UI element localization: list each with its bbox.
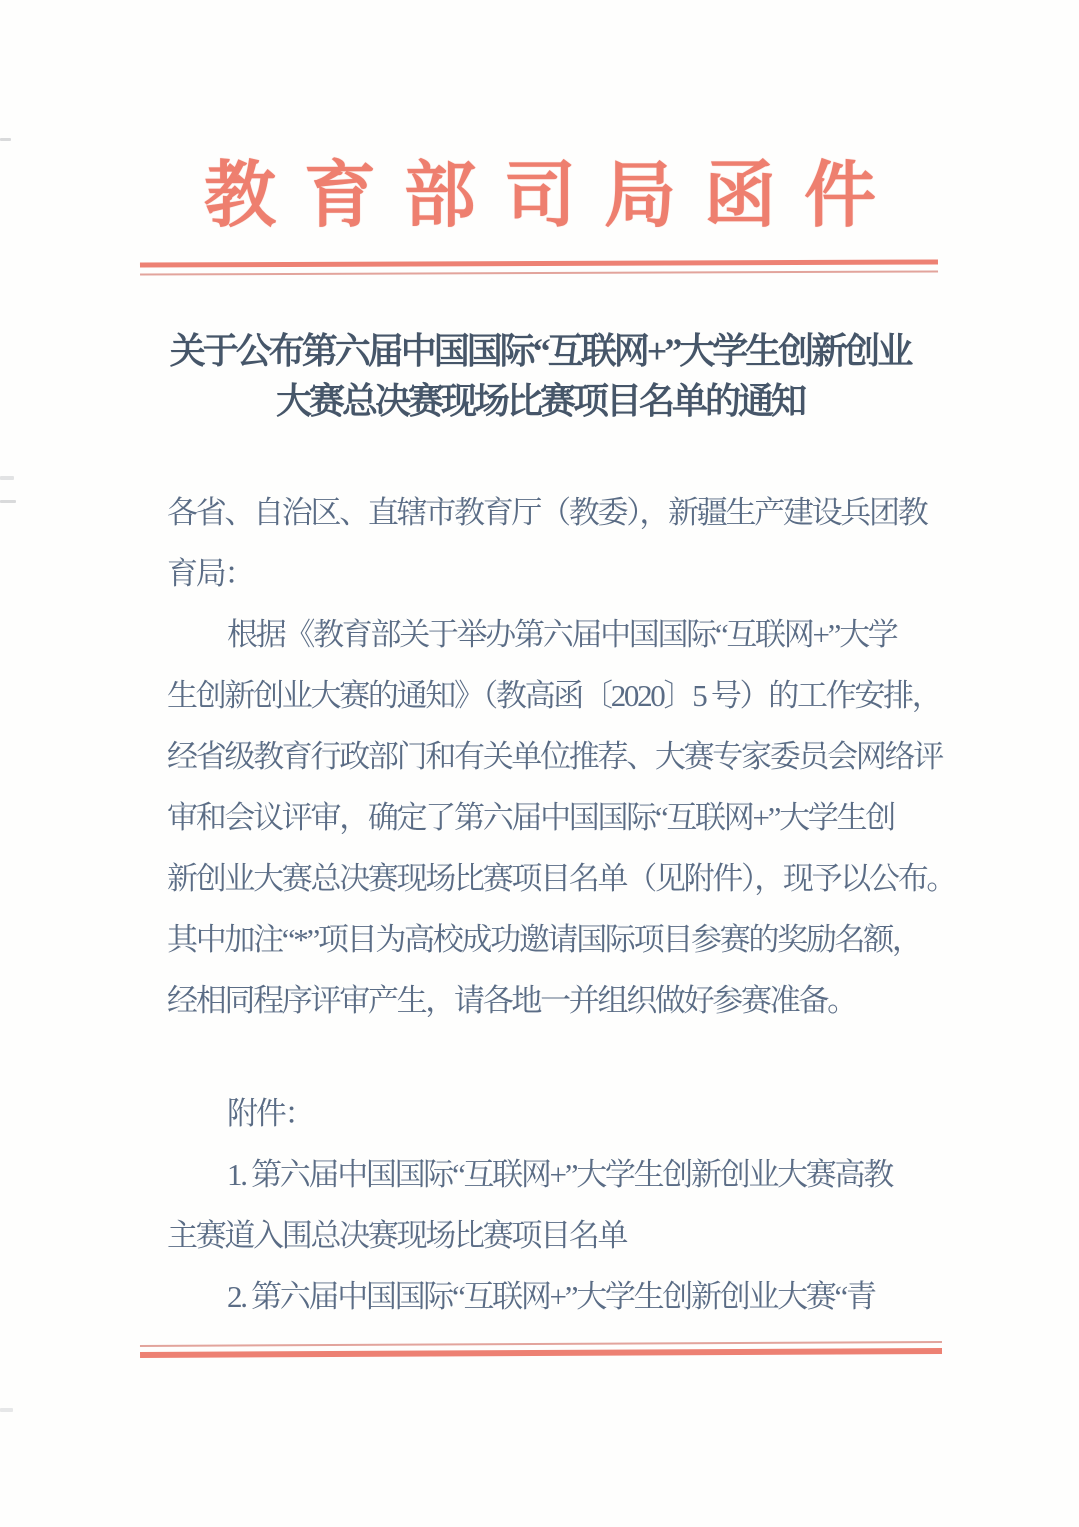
scan-artifact: [0, 500, 16, 503]
letter-body-line: 经相同程序评审产生，请各地一并组织做好参赛准备。: [167, 970, 939, 1031]
scan-artifact: [0, 1408, 13, 1412]
letter-body-line: 新创业大赛总决赛现场比赛项目名单（见附件），现予以公布。: [167, 848, 939, 909]
rule-thick: [140, 1348, 942, 1358]
attachment-line: 附件：: [167, 1083, 939, 1144]
letter-body: 各省、自治区、直辖市教育厅（教委），新疆生产建设兵团教育局：根据《教育部关于举办…: [167, 482, 939, 1327]
scan-artifact: [0, 138, 11, 141]
footer-double-rule: [140, 1341, 942, 1358]
letter-body-line: 其中加注“*”项目为高校成功邀请国际项目参赛的奖励名额，: [167, 909, 939, 970]
attachment-line: 主赛道入围总决赛现场比赛项目名单: [167, 1205, 939, 1266]
document-title-line1: 关于公布第六届中国国际“互联网+”大学生创新创业: [140, 326, 940, 376]
letterhead-double-rule: [140, 259, 938, 275]
attachment-line: 2. 第六届中国国际“互联网+”大学生创新创业大赛“青: [167, 1266, 939, 1327]
attachment-list: 附件：1. 第六届中国国际“互联网+”大学生创新创业大赛高教主赛道入围总决赛现场…: [167, 1083, 939, 1327]
letter-body-line: 各省、自治区、直辖市教育厅（教委），新疆生产建设兵团教: [167, 482, 939, 543]
scanned-official-letter-page: 教育部司局函件 关于公布第六届中国国际“互联网+”大学生创新创业 大赛总决赛现场…: [0, 0, 1079, 1527]
document-title: 关于公布第六届中国国际“互联网+”大学生创新创业 大赛总决赛现场比赛项目名单的通…: [140, 326, 940, 426]
letter-body-line: 生创新创业大赛的通知》（教高函〔2020〕5 号）的工作安排，: [167, 665, 939, 726]
scan-artifact: [0, 476, 14, 480]
letter-body-line: 经省级教育行政部门和有关单位推荐、大赛专家委员会网络评: [167, 726, 939, 787]
rule-thin: [140, 1341, 942, 1347]
letterhead-title: 教育部司局函件: [140, 150, 940, 242]
letter-body-line: 审和会议评审，确定了第六届中国国际“互联网+”大学生创: [167, 787, 939, 848]
letter-body-line: 根据《教育部关于举办第六届中国国际“互联网+”大学: [167, 604, 939, 665]
letter-body-line: 育局：: [167, 543, 939, 604]
letter-paragraphs: 各省、自治区、直辖市教育厅（教委），新疆生产建设兵团教育局：根据《教育部关于举办…: [167, 482, 939, 1031]
rule-thick: [140, 259, 938, 267]
document-title-line2: 大赛总决赛现场比赛项目名单的通知: [140, 376, 940, 426]
rule-thin: [140, 270, 938, 275]
attachment-line: 1. 第六届中国国际“互联网+”大学生创新创业大赛高教: [167, 1144, 939, 1205]
